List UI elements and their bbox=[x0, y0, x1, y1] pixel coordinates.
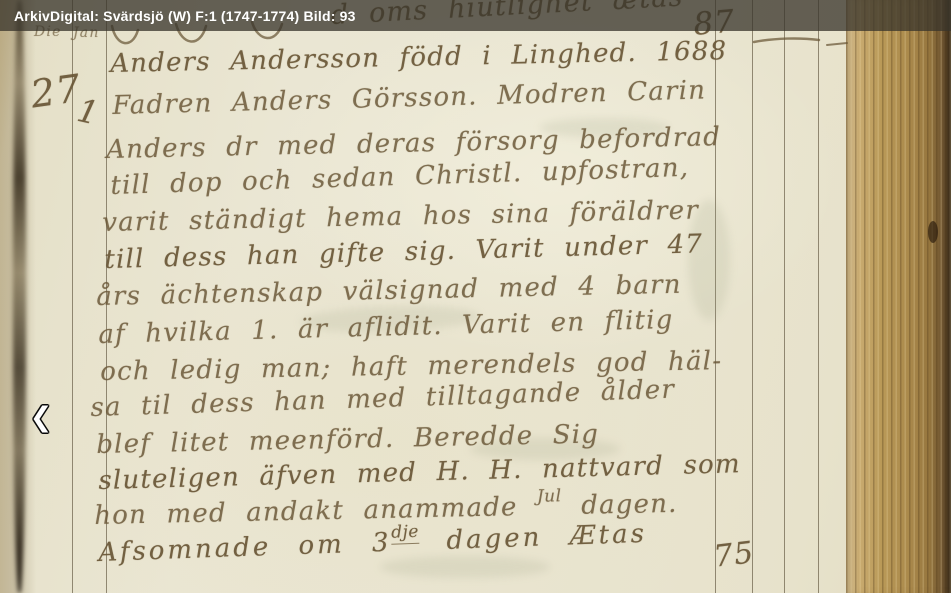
line14-part1: Afsomnade om 3 bbox=[98, 528, 392, 568]
title-bar: ArkivDigital: Svärdsjö (W) F:1 (1747-177… bbox=[0, 0, 951, 31]
margin-day: 27 bbox=[28, 67, 84, 117]
handwritten-text-layer: Die Jan d oms hiutlighet ætas 87 27 1 An… bbox=[0, 0, 951, 593]
chevron-left-icon: ❮ bbox=[30, 402, 53, 433]
arkivdigital-viewer: Die Jan d oms hiutlighet ætas 87 27 1 An… bbox=[0, 0, 951, 593]
previous-image-button[interactable]: ❮ bbox=[27, 396, 55, 438]
line14-part2: dagen Ætas bbox=[419, 519, 648, 557]
superscript-dje: dje bbox=[391, 523, 419, 545]
line13-part2: dagen. bbox=[561, 489, 677, 521]
handwritten-line: af hvilka 1. är aflidit. Varit en flitig bbox=[98, 306, 674, 351]
age-at-death: 75 bbox=[712, 536, 756, 575]
handwritten-line: Fadren Anders Görsson. Modren Carin bbox=[112, 76, 707, 121]
handwritten-line: Anders Andersson född i Linghed. 1688 bbox=[110, 37, 728, 80]
superscript-jul: Jul bbox=[537, 487, 562, 507]
handwritten-line: till dess han gifte sig. Varit under 47 bbox=[104, 230, 703, 276]
title-text: ArkivDigital: Svärdsjö (W) F:1 (1747-177… bbox=[14, 8, 356, 24]
manuscript-image[interactable]: Die Jan d oms hiutlighet ætas 87 27 1 An… bbox=[0, 0, 951, 593]
